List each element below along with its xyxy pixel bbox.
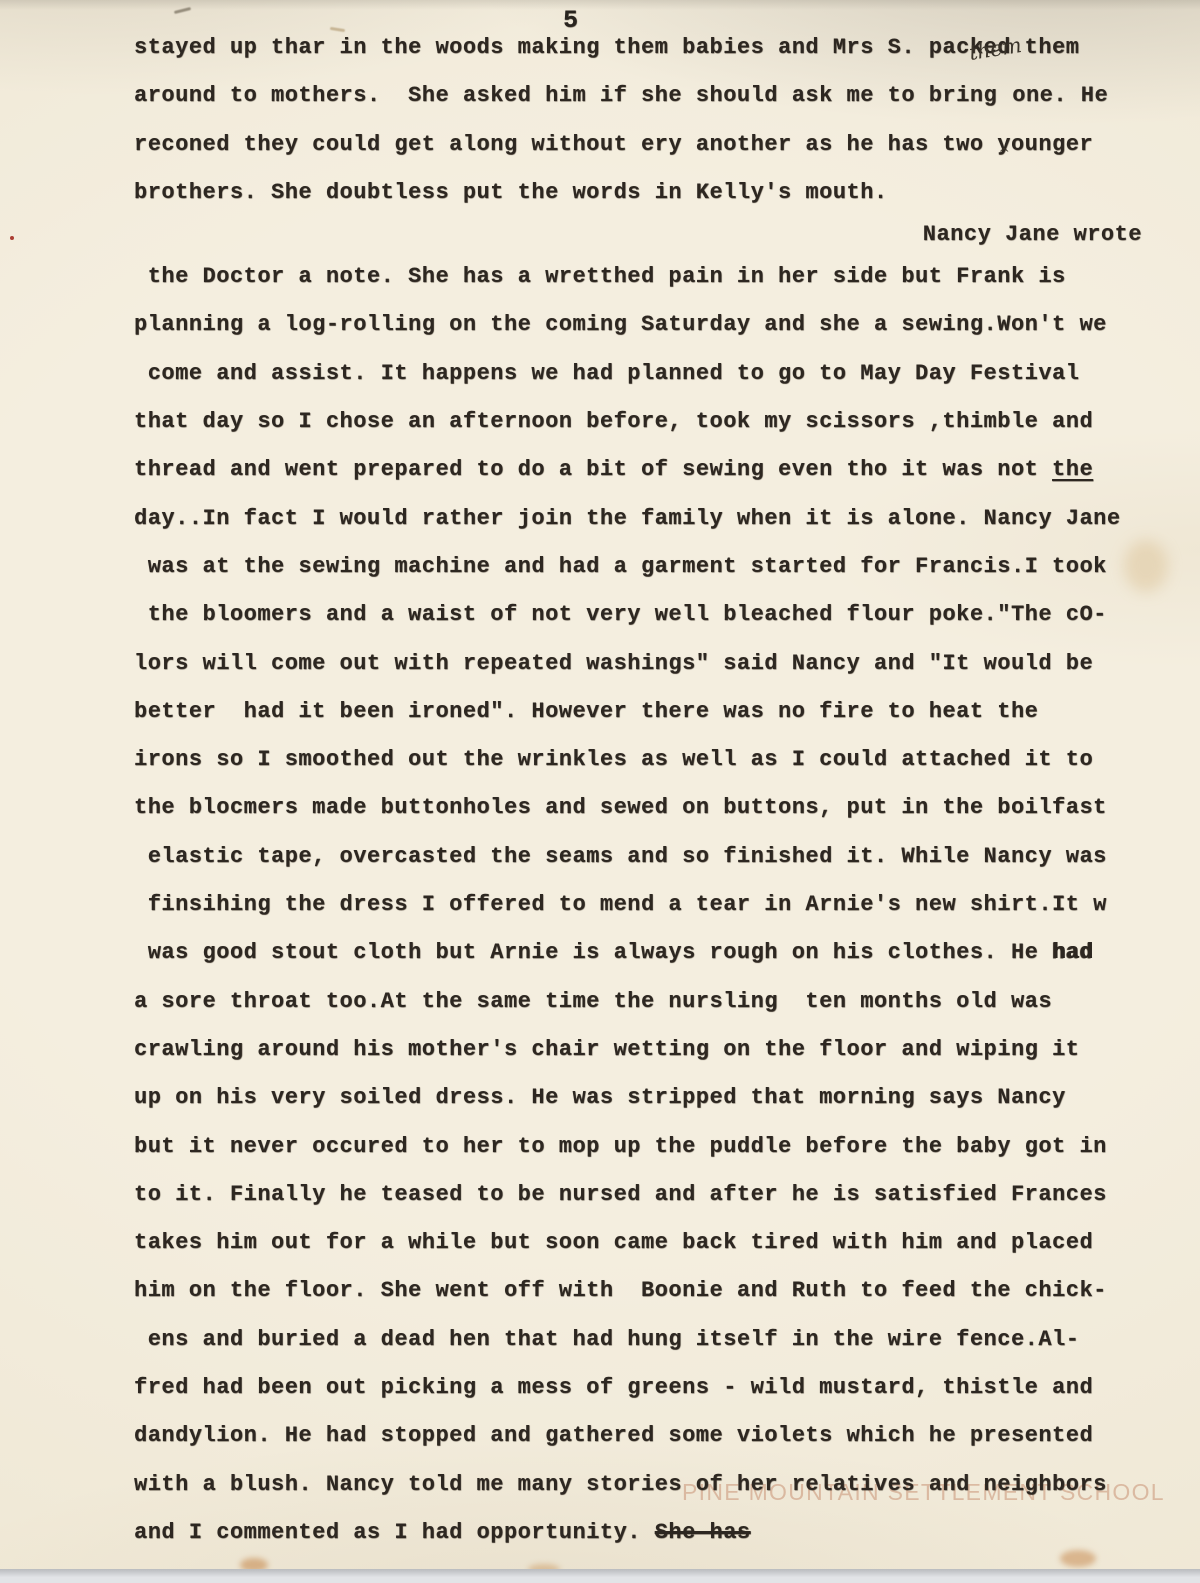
scan-artifact xyxy=(10,236,14,240)
typewritten-line: Nancy Jane wrote xyxy=(134,217,1142,253)
typewritten-line: was at the sewing machine and had a garm… xyxy=(134,543,1142,591)
text-segment: finsihing the dress I offered to mend a … xyxy=(134,892,1107,917)
text-segment: but it never occured to her to mop up th… xyxy=(134,1134,1107,1159)
typewritten-line: him on the floor. She went off with Boon… xyxy=(134,1267,1142,1315)
typewritten-line: thread and went prepared to do a bit of … xyxy=(134,446,1142,494)
typewritten-line: planning a log-rolling on the coming Sat… xyxy=(134,301,1142,349)
typewritten-line: and I commented as I had opportunity. Sh… xyxy=(134,1509,1142,1557)
text-segment: better had it been ironed". However ther… xyxy=(134,699,1038,724)
text-segment: Nancy Jane wrote xyxy=(923,222,1142,247)
text-segment: day..In fact I would rather join the fam… xyxy=(134,506,1121,531)
typewritten-line: the blocmers made buttonholes and sewed … xyxy=(134,784,1142,832)
document-page: 5 PINE MOUNTAIN SETTLEMENT SCHOOL stayed… xyxy=(0,0,1200,1569)
typewritten-line: irons so I smoothed out the wrinkles as … xyxy=(134,736,1142,784)
typewritten-line: better had it been ironed". However ther… xyxy=(134,688,1142,736)
text-segment: thread and went prepared to do a bit of … xyxy=(134,457,1052,482)
text-segment: the bloomers and a waist of not very wel… xyxy=(134,602,1107,627)
text-segment: She has xyxy=(655,1520,751,1545)
caret-mark: ^ xyxy=(998,130,1010,178)
typewritten-line: but it never occured to her to mop up th… xyxy=(134,1123,1142,1171)
typewritten-line: lors will come out with repeated washing… xyxy=(134,640,1142,688)
text-segment: crawling around his mother's chair wetti… xyxy=(134,1037,1079,1062)
text-segment: him on the floor. She went off with Boon… xyxy=(134,1278,1107,1303)
typewritten-line: reconed they could get along without ery… xyxy=(134,121,1142,169)
typewritten-line: up on his very soiled dress. He was stri… xyxy=(134,1074,1142,1122)
typewritten-lines: stayed up thar in the woods making them … xyxy=(134,24,1142,1557)
typewritten-line: the Doctor a note. She has a wretthed pa… xyxy=(134,253,1142,301)
text-segment: was good stout cloth but Arnie is always… xyxy=(134,940,1052,965)
text-segment: ens and buried a dead hen that had hung … xyxy=(134,1327,1079,1352)
scanner-backing xyxy=(0,1569,1200,1583)
text-segment: reconed they could get along without ery… xyxy=(134,132,1093,157)
text-segment: takes him out for a while but soon came … xyxy=(134,1230,1093,1255)
text-segment: and I commented as I had opportunity. xyxy=(134,1520,655,1545)
text-segment: dandylion. He had stopped and gathered s… xyxy=(134,1423,1093,1448)
typewritten-line: the bloomers and a waist of not very wel… xyxy=(134,591,1142,639)
typewritten-line: fred had been out picking a mess of gree… xyxy=(134,1364,1142,1412)
handwritten-word: them xyxy=(966,21,1025,77)
typewritten-line: finsihing the dress I offered to mend a … xyxy=(134,881,1142,929)
text-segment: with a blush. Nancy told me many stories… xyxy=(134,1472,1107,1497)
text-segment: lors will come out with repeated washing… xyxy=(134,651,1093,676)
text-segment: to it. Finally he teased to be nursed an… xyxy=(134,1182,1107,1207)
text-segment: fred had been out picking a mess of gree… xyxy=(134,1375,1093,1400)
text-segment: stayed up thar in the woods making them … xyxy=(134,35,1079,60)
typewritten-line: that day so I chose an afternoon before,… xyxy=(134,398,1142,446)
typewritten-line: a sore throat too.At the same time the n… xyxy=(134,978,1142,1026)
text-segment: planning a log-rolling on the coming Sat… xyxy=(134,312,1107,337)
text-segment: the Doctor a note. She has a wretthed pa… xyxy=(134,264,1066,289)
text-segment: was at the sewing machine and had a garm… xyxy=(134,554,1107,579)
text-segment: the blocmers made buttonholes and sewed … xyxy=(134,795,1107,820)
typewritten-line: around to mothers. She asked him if she … xyxy=(134,72,1142,120)
text-segment: around to mothers. She asked him if she … xyxy=(134,83,997,108)
typewritten-line: dandylion. He had stopped and gathered s… xyxy=(134,1412,1142,1460)
typewritten-line: ens and buried a dead hen that had hung … xyxy=(134,1316,1142,1364)
typewritten-line: to it. Finally he teased to be nursed an… xyxy=(134,1171,1142,1219)
text-segment: come and assist. It happens we had plann… xyxy=(134,361,1079,386)
text-segment: that day so I chose an afternoon before,… xyxy=(134,409,1093,434)
text-segment: one. He xyxy=(1012,83,1108,108)
text-segment: up on his very soiled dress. He was stri… xyxy=(134,1085,1066,1110)
text-segment: irons so I smoothed out the wrinkles as … xyxy=(134,747,1093,772)
typewritten-line: takes him out for a while but soon came … xyxy=(134,1219,1142,1267)
typewritten-line: crawling around his mother's chair wetti… xyxy=(134,1026,1142,1074)
text-segment: a sore throat too.At the same time the n… xyxy=(134,989,1052,1014)
text-segment: had xyxy=(1052,940,1093,965)
typewritten-line: elastic tape, overcasted the seams and s… xyxy=(134,833,1142,881)
text-segment: the xyxy=(1052,457,1093,482)
text-segment: elastic tape, overcasted the seams and s… xyxy=(134,844,1107,869)
typewritten-line: was good stout cloth but Arnie is always… xyxy=(134,929,1142,977)
typewritten-line: with a blush. Nancy told me many stories… xyxy=(134,1461,1142,1509)
typewritten-line: day..In fact I would rather join the fam… xyxy=(134,495,1142,543)
text-segment: brothers. She doubtless put the words in… xyxy=(134,180,888,205)
typewritten-line: come and assist. It happens we had plann… xyxy=(134,350,1142,398)
typewritten-line: brothers. She doubtless put the words in… xyxy=(134,169,1142,217)
scan-background: { "document": { "page_number": "5", "wat… xyxy=(0,0,1200,1583)
